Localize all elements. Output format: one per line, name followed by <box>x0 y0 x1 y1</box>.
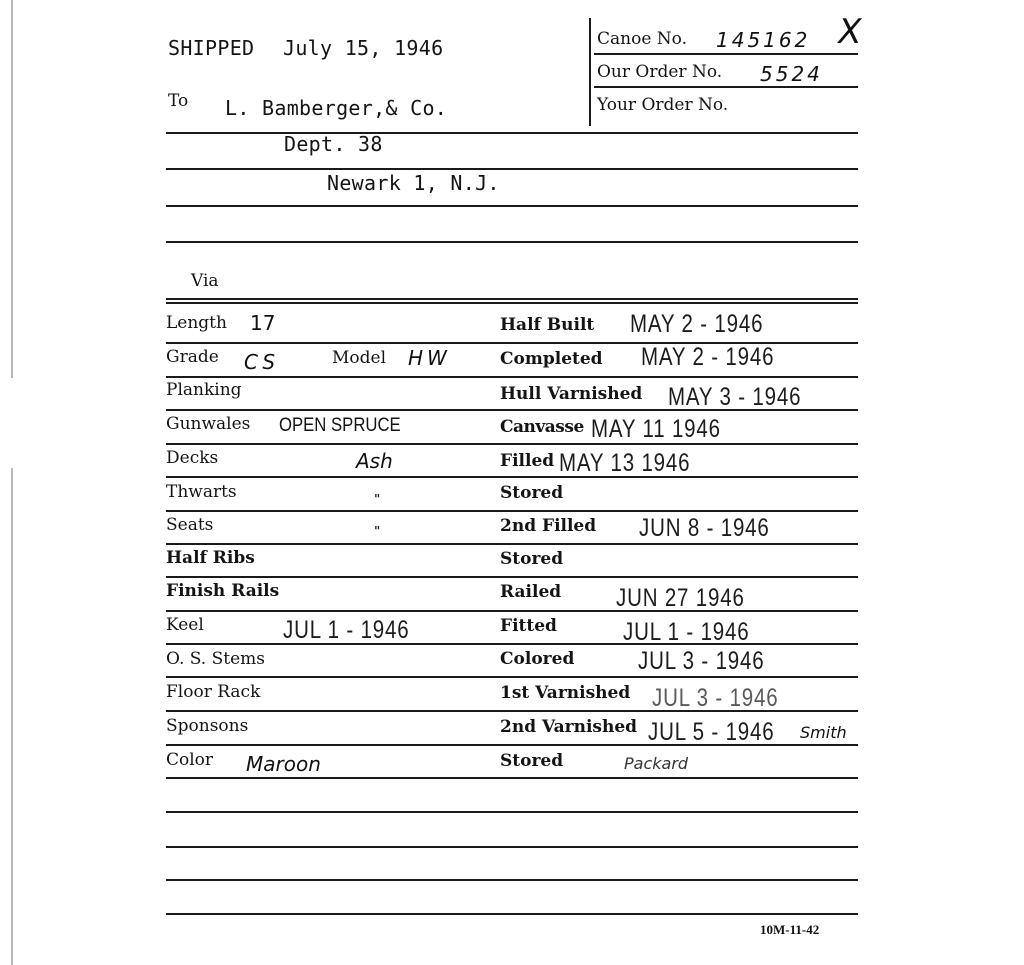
spec-value-gunwales: OPEN SPRUCE <box>279 415 401 437</box>
scan-edge <box>11 468 13 965</box>
recipient-name: L. Bamberger,& Co. <box>225 96 447 120</box>
stage-label-completed: Completed <box>500 349 603 369</box>
rule <box>166 576 858 578</box>
shipped-label: SHIPPED <box>168 36 254 60</box>
stage-date-colored: JUL 3 - 1946 <box>638 647 764 676</box>
canoe-no-value: 145162 <box>716 28 810 52</box>
order-box-divider <box>589 18 591 126</box>
stage-label-canvassed: Canvasse <box>500 417 584 437</box>
stage-date-railed: JUN 27 1946 <box>616 584 745 613</box>
rule <box>166 543 858 545</box>
stage-date-fitted: JUL 1 - 1946 <box>623 618 749 647</box>
rule <box>166 913 858 915</box>
rule <box>166 610 858 612</box>
rule <box>166 205 858 207</box>
spec-label-decks: Decks <box>166 448 218 468</box>
stage-date-half-built: MAY 2 - 1946 <box>630 310 763 339</box>
spec-value-color: Maroon <box>246 752 321 776</box>
stage-label-colored: Colored <box>500 649 574 669</box>
rule <box>166 643 858 645</box>
stage-label-2nd-varnished: 2nd Varnished <box>500 717 637 737</box>
ditto-mark: " <box>374 492 380 506</box>
spec-label-half-ribs: Half Ribs <box>166 548 255 568</box>
stage-label-stored-3: Stored <box>500 751 563 771</box>
spec-label-floor-rack: Floor Rack <box>166 682 260 702</box>
signature-smith: Smith <box>800 723 847 742</box>
rule <box>594 53 858 55</box>
spec-value-keel: JUL 1 - 1946 <box>283 616 409 645</box>
rule <box>166 298 858 300</box>
stage-date-completed: MAY 2 - 1946 <box>641 343 774 372</box>
our-order-label: Our Order No. <box>597 62 722 82</box>
stage-label-stored-1: Stored <box>500 483 563 503</box>
spec-label-model: Model <box>332 348 386 368</box>
form-number: 10M-11-42 <box>760 922 819 938</box>
stage-label-railed: Railed <box>500 582 561 602</box>
x-mark: X <box>834 12 864 52</box>
spec-value-model: HW <box>408 346 451 370</box>
spec-label-os-stems: O. S. Stems <box>166 649 265 669</box>
stage-date-2nd-filled: JUN 8 - 1946 <box>639 514 770 543</box>
stage-label-stored-2: Stored <box>500 549 563 569</box>
spec-label-planking: Planking <box>166 380 242 400</box>
stage-label-2nd-filled: 2nd Filled <box>500 516 596 536</box>
rule <box>166 510 858 512</box>
stage-date-1st-varnished: JUL 3 - 1946 <box>652 684 778 713</box>
rule <box>166 443 858 445</box>
stage-label-half-built: Half Built <box>500 315 594 335</box>
rule <box>166 302 858 304</box>
recipient-city: Newark 1, N.J. <box>327 171 500 195</box>
ditto-mark: " <box>374 524 380 538</box>
spec-label-length: Length <box>166 313 227 333</box>
rule <box>166 376 858 378</box>
stage-label-1st-varnished: 1st Varnished <box>500 683 630 703</box>
scan-edge <box>11 0 13 378</box>
rule <box>594 86 858 88</box>
rule <box>166 168 858 170</box>
to-label: To <box>168 91 188 111</box>
stage-date-canvassed: MAY 11 1946 <box>591 415 721 444</box>
stage-date-hull-varnished: MAY 3 - 1946 <box>668 383 801 412</box>
spec-label-gunwales: Gunwales <box>166 414 250 434</box>
our-order-value: 5524 <box>760 62 823 86</box>
your-order-label: Your Order No. <box>597 95 728 115</box>
canoe-no-label: Canoe No. <box>597 29 687 49</box>
rule <box>166 777 858 779</box>
rule <box>166 476 858 478</box>
recipient-dept: Dept. 38 <box>284 132 383 156</box>
spec-value-decks: Ash <box>356 449 393 473</box>
rule <box>166 846 858 848</box>
spec-value-length: 17 <box>250 311 275 335</box>
rule <box>166 241 858 243</box>
spec-label-color: Color <box>166 750 213 770</box>
shipped-date: July 15, 1946 <box>283 36 443 60</box>
stage-date-2nd-varnished: JUL 5 - 1946 <box>648 718 774 747</box>
via-label: Via <box>191 271 219 291</box>
stage-label-hull-varnished: Hull Varnished <box>500 384 642 404</box>
stage-date-filled: MAY 13 1946 <box>559 449 690 478</box>
rule <box>166 676 858 678</box>
spec-label-sponsons: Sponsons <box>166 716 248 736</box>
rule <box>166 879 858 881</box>
stage-label-filled: Filled <box>500 451 554 471</box>
spec-label-thwarts: Thwarts <box>166 482 237 502</box>
stage-label-fitted: Fitted <box>500 616 557 636</box>
rule <box>166 132 858 134</box>
spec-label-seats: Seats <box>166 515 213 535</box>
spec-label-keel: Keel <box>166 615 204 635</box>
spec-label-grade: Grade <box>166 347 219 367</box>
rule <box>166 811 858 813</box>
signature-packard: Packard <box>624 754 688 773</box>
spec-value-grade: CS <box>244 350 279 374</box>
spec-label-finish-rails: Finish Rails <box>166 581 279 601</box>
